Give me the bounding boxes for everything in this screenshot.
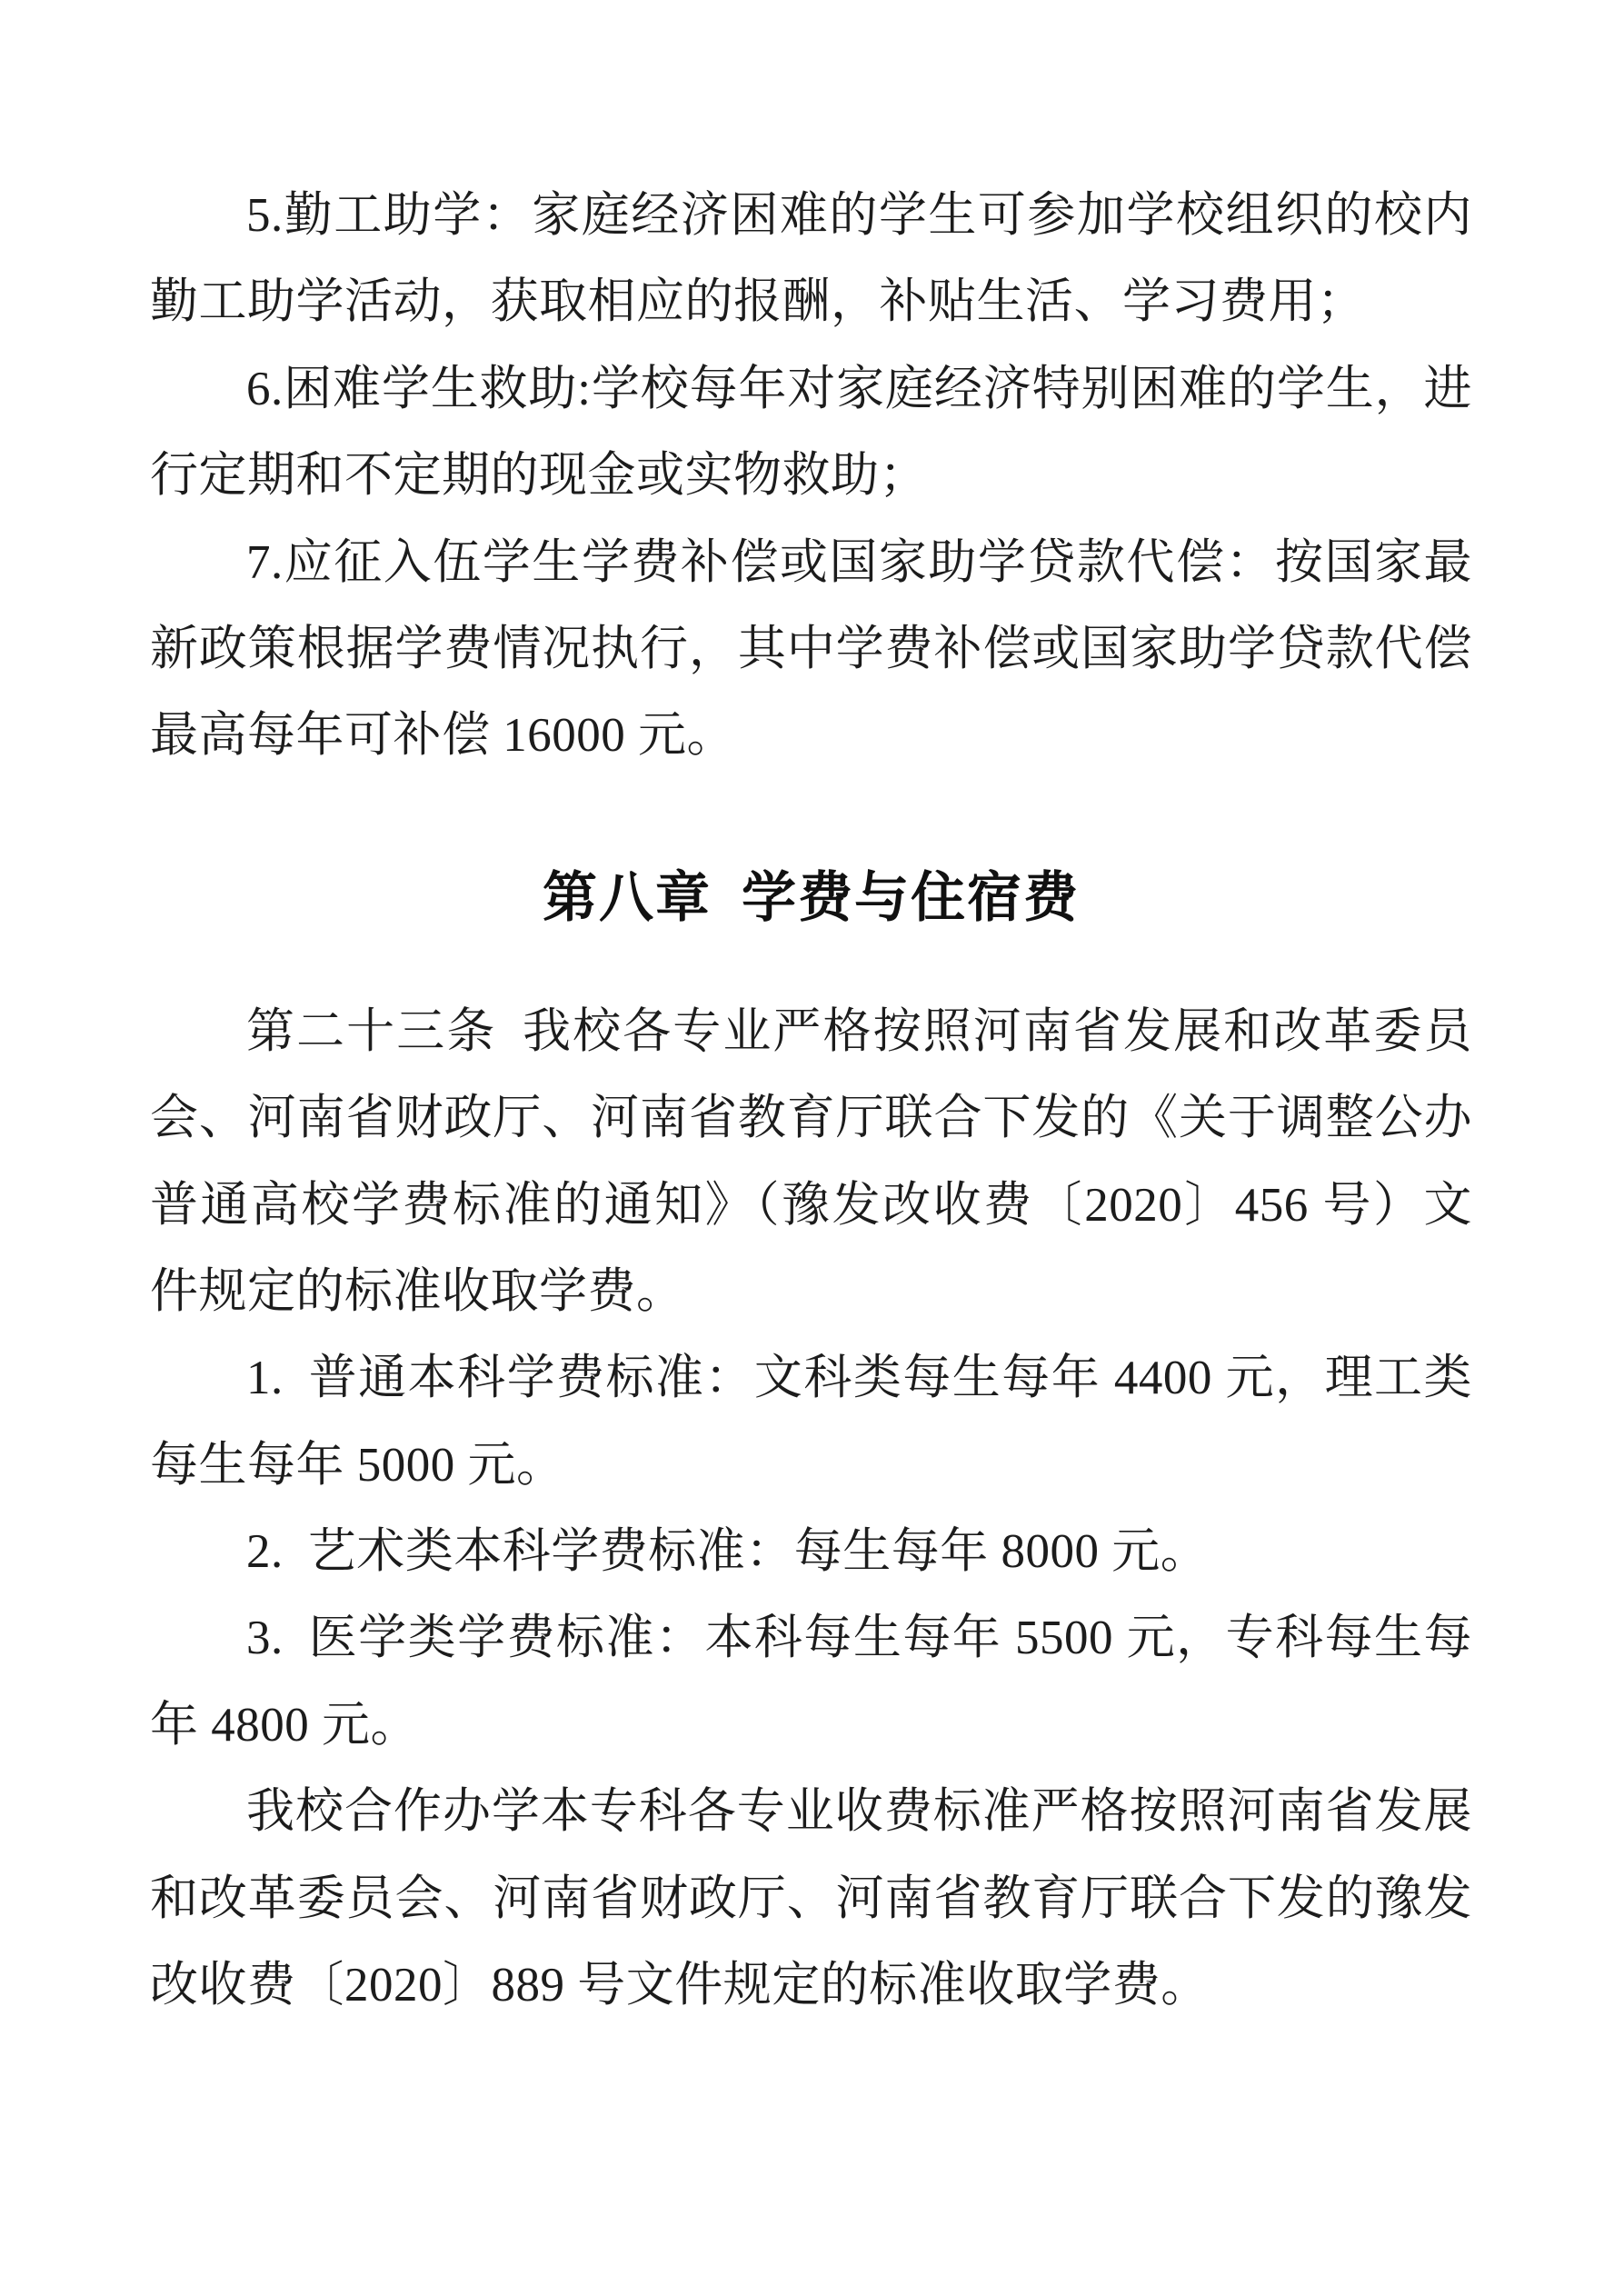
paragraph-7-military-loan-compensation: 7.应征入伍学生学费补偿或国家助学贷款代偿：按国家最新政策根据学费情况执行，其中… bbox=[150, 520, 1472, 780]
paragraph-5-work-study: 5.勤工助学：家庭经济困难的学生可参加学校组织的校内勤工助学活动，获取相应的报酬… bbox=[150, 173, 1472, 346]
chapter-title: 学费与住宿费 bbox=[742, 860, 1080, 936]
paragraph-article-23: 第二十三条 我校各专业严格按照河南省发展和改革委员会、河南省财政厅、河南省教育厅… bbox=[150, 989, 1472, 1336]
chapter-number: 第八章 bbox=[543, 860, 712, 936]
fee-item-regular-undergraduate: 1. 普通本科学费标准：文科类每生每年 4400 元，理工类每生每年 5000 … bbox=[150, 1335, 1472, 1509]
fee-item-art-undergraduate: 2. 艺术类本科学费标准：每生每年 8000 元。 bbox=[150, 1509, 1472, 1595]
paragraph-6-hardship-relief: 6.困难学生救助:学校每年对家庭经济特别困难的学生，进行定期和不定期的现金或实物… bbox=[150, 346, 1472, 520]
document-page: 5.勤工助学：家庭经济困难的学生可参加学校组织的校内勤工助学活动，获取相应的报酬… bbox=[0, 0, 1624, 2296]
fee-item-medical: 3. 医学类学费标准：本科每生每年 5500 元，专科每生每年 4800 元。 bbox=[150, 1595, 1472, 1769]
chapter-heading: 第八章 学费与住宿费 bbox=[150, 860, 1472, 936]
paragraph-cooperative-program-fee: 我校合作办学本专科各专业收费标准严格按照河南省发展和改革委员会、河南省财政厅、河… bbox=[150, 1769, 1472, 2029]
